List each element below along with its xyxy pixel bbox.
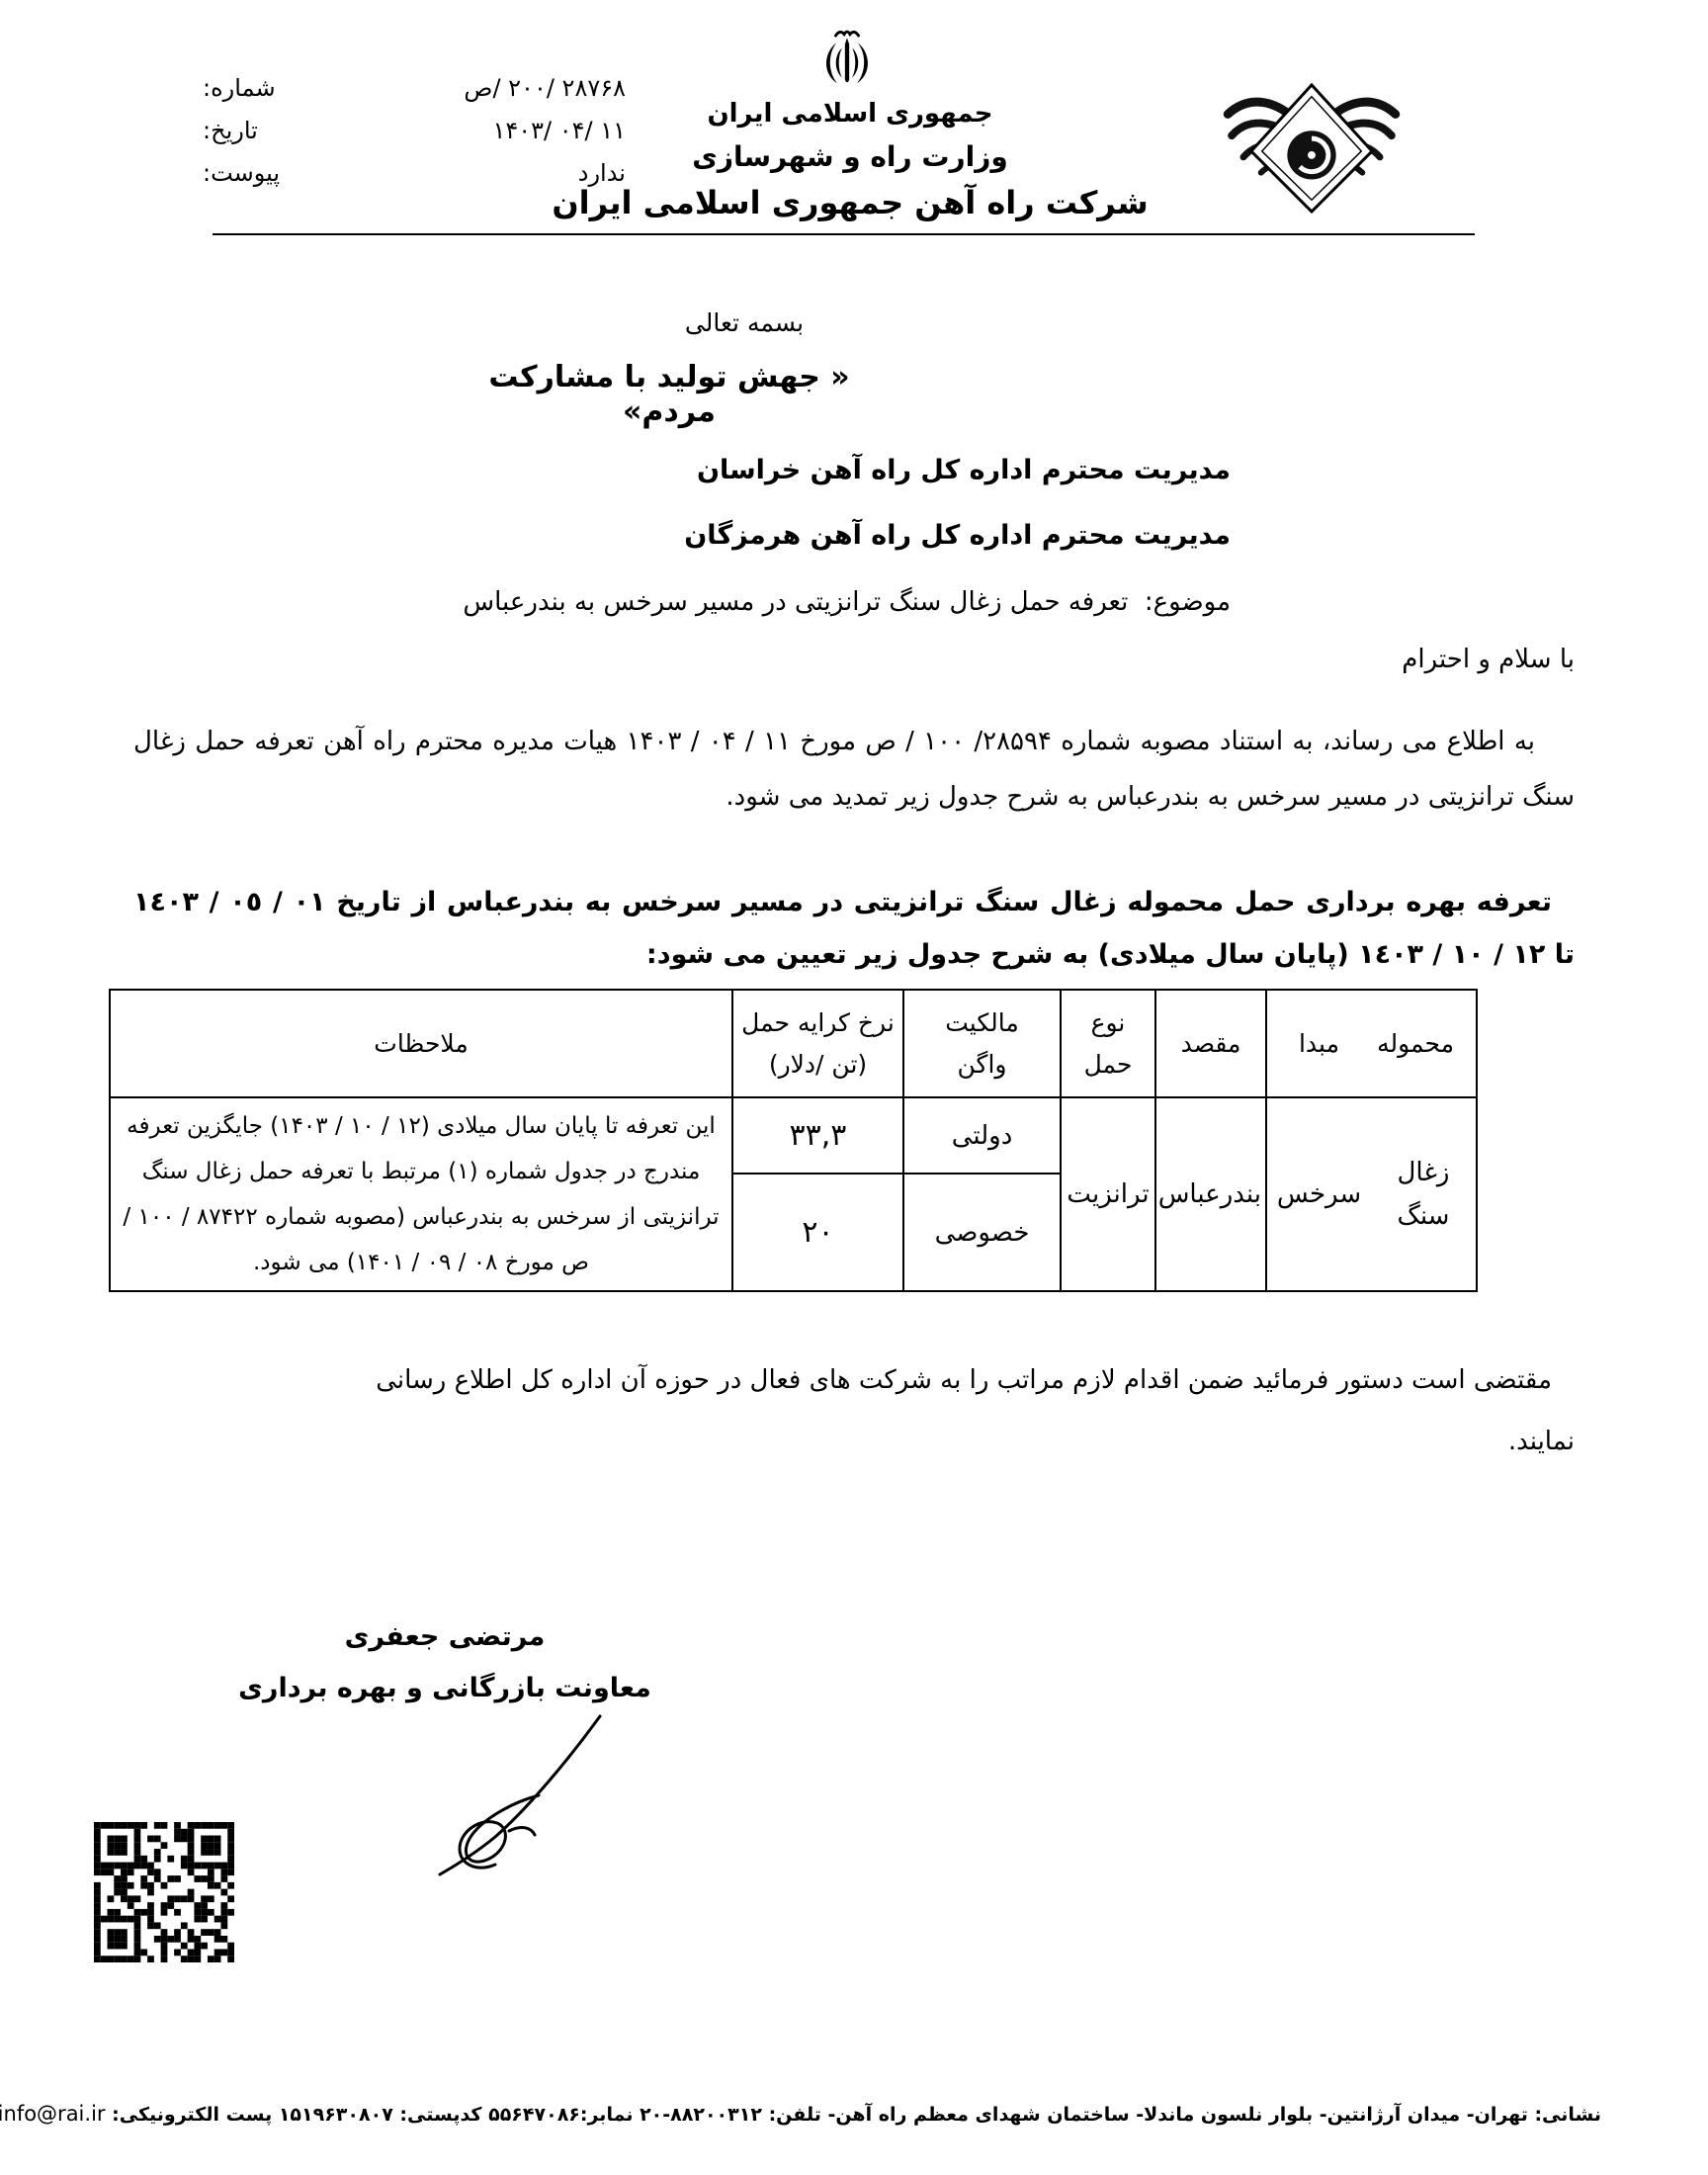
- letterhead-company: شرکت راه آهن جمهوری اسلامی ایران: [504, 184, 1196, 221]
- cargo-cell: زغال سنگ: [1371, 1097, 1477, 1291]
- qr-code: [94, 1822, 234, 1962]
- subject-line: موضوع: تعرفه حمل زغال سنگ ترانزیتی در مس…: [463, 587, 1231, 617]
- col-header-origin: مبدا: [1266, 990, 1371, 1097]
- transport-type-cell: ترانزیت: [1061, 1097, 1155, 1291]
- closing-line-2: نمایند.: [133, 1412, 1575, 1471]
- footer-address: نشانی: تهران- میدان آرژانتین- بلوار نلسو…: [106, 2104, 1601, 2126]
- tariff-row-governmental: زغال سنگ سرخس بندرعباس ترانزیت دولتی ۳۳,…: [110, 1097, 1477, 1174]
- rate-private-cell: ۲۰: [732, 1174, 903, 1291]
- col-header-cargo: محموله: [1371, 990, 1477, 1097]
- signatory-name: مرتضی جعفری: [287, 1621, 603, 1652]
- body-paragraph-1: به اطلاع می رساند، به استناد مصوبه شماره…: [133, 714, 1575, 825]
- ownership-private-cell: خصوصی: [903, 1174, 1061, 1291]
- rai-winged-wheel-logo-icon: [1214, 77, 1409, 217]
- col-header-remarks: ملاحظات: [110, 990, 732, 1097]
- year-slogan: « جهش تولید با مشارکت مردم»: [471, 360, 867, 429]
- signatory-title: معاونت بازرگانی و بهره برداری: [227, 1673, 662, 1703]
- letterhead-country: جمهوری اسلامی ایران: [554, 99, 1147, 129]
- closing-line-1: مقتضی است دستور فرمائید ضمن اقدام لازم م…: [133, 1350, 1575, 1410]
- basmala: بسمه تعالی: [547, 308, 942, 337]
- footer-email: info@rai.ir: [0, 2102, 106, 2126]
- letter-page: شماره: ۲۸۷۶۸ /۲۰۰ /ص تاریخ: ۱۱ /۰۴ /۱۴۰۳…: [0, 0, 1708, 2175]
- letter-date-label: تاریخ:: [203, 110, 258, 152]
- body-paragraph-2: تعرفه بهره برداری حمل محموله زغال سنگ تر…: [133, 876, 1575, 981]
- letterhead-divider: [213, 233, 1475, 235]
- iran-allah-emblem-icon: [811, 26, 884, 97]
- col-header-transport-type: نوع حمل: [1061, 990, 1155, 1097]
- footer-contact-line: نشانی: تهران- میدان آرژانتین- بلوار نلسو…: [0, 2102, 1601, 2126]
- col-header-freight-rate: نرخ کرایه حمل (تن /دلار): [732, 990, 903, 1097]
- ownership-governmental-cell: دولتی: [903, 1097, 1061, 1174]
- recipient-khorasan: مدیریت محترم اداره کل راه آهن خراسان: [697, 455, 1231, 485]
- letter-attachment-label: پیوست:: [203, 152, 280, 195]
- letter-meta-block: شماره: ۲۸۷۶۸ /۲۰۰ /ص تاریخ: ۱۱ /۰۴ /۱۴۰۳…: [203, 67, 626, 195]
- origin-cell: سرخس: [1266, 1097, 1371, 1291]
- tariff-table: محموله مبدا مقصد نوع حمل مالکیت واگن نرخ…: [109, 989, 1478, 1292]
- letter-number-label: شماره:: [203, 67, 276, 110]
- letterhead-ministry: وزارت راه و شهرسازی: [554, 140, 1147, 173]
- recipient-hormozgan: مدیریت محترم اداره کل راه آهن هرمزگان: [684, 520, 1231, 551]
- rate-governmental-cell: ۳۳,۳: [732, 1097, 903, 1174]
- col-header-destination: مقصد: [1155, 990, 1266, 1097]
- salutation: با سلام و احترام: [1402, 645, 1575, 674]
- destination-cell: بندرعباس: [1155, 1097, 1266, 1291]
- handwritten-signature: [390, 1708, 623, 1881]
- col-header-wagon-ownership: مالکیت واگن: [903, 990, 1061, 1097]
- tariff-table-header-row: محموله مبدا مقصد نوع حمل مالکیت واگن نرخ…: [110, 990, 1477, 1097]
- remarks-cell: این تعرفه تا پایان سال میلادی (۱۲ / ۱۰ /…: [110, 1097, 732, 1291]
